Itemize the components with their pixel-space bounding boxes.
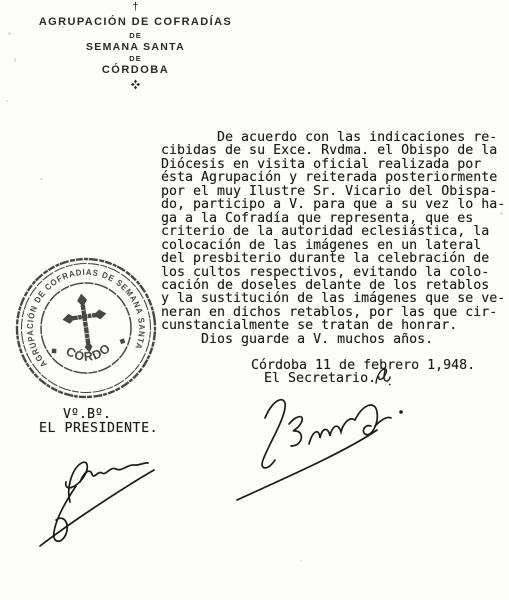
letter-document: † AGRUPACIÓN DE COFRADÍAS DE SEMANA SANT… bbox=[0, 0, 509, 600]
diamond-ornament-icon bbox=[18, 79, 253, 90]
letterhead-subtitle: SEMANA SANTA bbox=[18, 41, 253, 53]
svg-text:CÓRDOBA: CÓRDOBA bbox=[0, 242, 115, 375]
dagger-cross-icon: † bbox=[18, 2, 253, 13]
secretary-title: El Secretario. bbox=[264, 371, 376, 386]
stamp-separator-square-right bbox=[120, 338, 126, 344]
paper-speck bbox=[40, 178, 43, 180]
paper-speck bbox=[6, 100, 8, 102]
stamp-city-text: CÓRDOBA bbox=[0, 242, 115, 375]
paper-speck bbox=[500, 212, 503, 215]
paper-speck bbox=[62, 26, 64, 28]
secretary-signature bbox=[225, 386, 470, 504]
paper-speck bbox=[300, 560, 302, 562]
letter-body-text: De acuerdo con las indicaciones re- cibi… bbox=[161, 131, 509, 346]
agrupacion-round-stamp: AGRUPACIÓN DE COFRADIAS DE SEMANA SANTA … bbox=[0, 242, 172, 414]
letterhead-de-1: DE bbox=[18, 30, 253, 41]
paper-speck bbox=[14, 58, 16, 62]
vobo-label: Vº.Bº. bbox=[63, 407, 111, 422]
stamp-separator-square-left bbox=[52, 349, 57, 354]
president-signature bbox=[26, 440, 171, 552]
president-title: EL PRESIDENTE. bbox=[39, 421, 158, 436]
secretary-initial-flourish bbox=[373, 366, 397, 388]
letterhead: † AGRUPACIÓN DE COFRADÍAS DE SEMANA SANT… bbox=[18, 2, 253, 90]
paper-speck bbox=[8, 32, 11, 35]
letterhead-de-2: DE bbox=[18, 53, 253, 64]
letterhead-title: AGRUPACIÓN DE COFRADÍAS bbox=[18, 15, 253, 30]
letterhead-city: CÓRDOBA bbox=[18, 64, 253, 76]
